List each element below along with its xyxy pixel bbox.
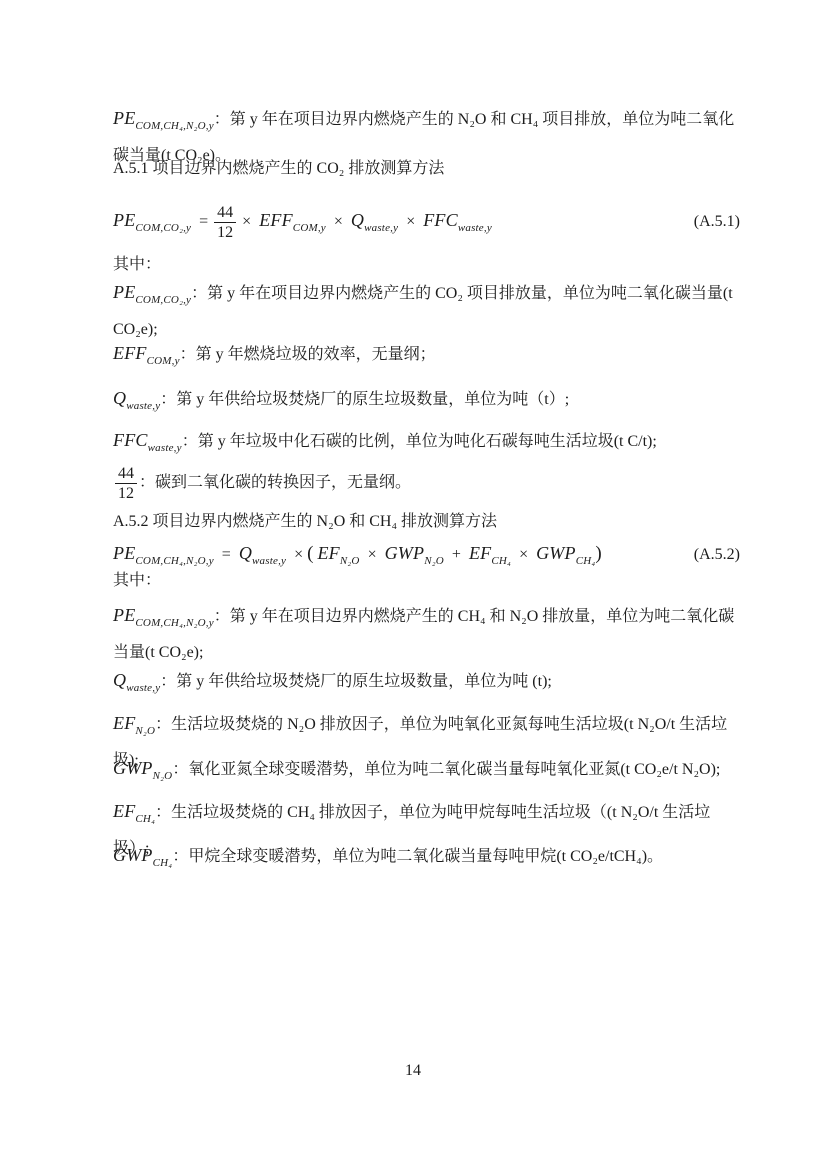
- section-heading-a52: A.5.2 项目边界内燃烧产生的 N₂O 和 CH₄ 排放测算方法: [113, 511, 740, 533]
- times-operator: ×: [294, 546, 303, 563]
- definition-q-waste-2: Qwaste,y：第 y 年供给垃圾焚烧厂的原生垃圾数量，单位为吨 (t);: [113, 665, 740, 703]
- math-subscript: CH₄: [153, 857, 173, 869]
- fraction-44-12: 4412: [214, 203, 236, 242]
- fraction-denominator: 12: [214, 222, 236, 242]
- math-subscript: COM,CH₄,N₂O,y: [135, 120, 213, 132]
- times-operator: ×: [519, 546, 528, 563]
- equation-number-a52: (A.5.2): [694, 546, 740, 564]
- formula-a51-body: PECOM,CO₂,y =4412× EFFCOM,y × Qwaste,y ×…: [113, 203, 492, 242]
- definition-ffc-waste: FFCwaste,y：第 y 年垃圾中化石碳的比例，单位为吨化石碳每吨生活垃圾(…: [113, 425, 740, 463]
- where-label-1: 其中：: [113, 250, 740, 280]
- times-operator: ×: [368, 546, 377, 563]
- definition-text: ：第 y 年垃圾中化石碳的比例，单位为吨化石碳每吨生活垃圾(t C/t);: [182, 433, 657, 450]
- formula-a52-body: PECOM,CH₄,N₂O,y = Qwaste,y ×( EFN₂O × GW…: [113, 543, 602, 567]
- math-variable-pe: PE: [113, 282, 135, 302]
- math-variable-q: Q: [113, 388, 126, 408]
- math-subscript: waste,y: [458, 222, 492, 234]
- times-operator: ×: [406, 213, 415, 230]
- math-variable-ffc: FFC: [423, 210, 458, 230]
- definition-text: ：碳到二氧化碳的转换因子，无量纲。: [139, 474, 411, 491]
- definition-text: ：甲烷全球变暖潜势，单位为吨二氧化碳当量每吨甲烷(t CO₂e/tCH₄)。: [172, 848, 663, 865]
- document-page: PECOM,CH₄,N₂O,y：第 y 年在项目边界内燃烧产生的 N₂O 和 C…: [0, 0, 826, 1169]
- math-variable-pe: PE: [113, 210, 135, 230]
- page-number: 14: [0, 1062, 826, 1080]
- definition-pe-com-ch4-n2o: PECOM,CH₄,N₂O,y：第 y 年在项目边界内燃烧产生的 CH₄ 和 N…: [113, 600, 740, 668]
- section-heading-a51: A.5.1 项目边界内燃烧产生的 CO₂ 排放测算方法: [113, 158, 740, 180]
- open-paren: (: [307, 543, 313, 564]
- definition-gwp-ch4: GWPCH₄：甲烷全球变暖潜势，单位为吨二氧化碳当量每吨甲烷(t CO₂e/tC…: [113, 840, 740, 878]
- math-subscript: COM,CO₂,y: [135, 294, 191, 306]
- times-operator: ×: [334, 213, 343, 230]
- math-subscript: COM,CO₂,y: [135, 222, 191, 234]
- math-variable-ef: EF: [113, 801, 135, 821]
- definition-eff-com: EFFCOM,y：第 y 年燃烧垃圾的效率，无量纲；: [113, 338, 740, 376]
- fraction-numerator: 44: [214, 203, 236, 222]
- where-label-2: 其中：: [113, 566, 740, 596]
- times-operator: ×: [242, 213, 251, 230]
- math-variable-gwp: GWP: [113, 845, 153, 865]
- definition-pe-com-co2: PECOM,CO₂,y：第 y 年在项目边界内燃烧产生的 CO₂ 项目排放量，单…: [113, 277, 740, 345]
- equals-operator: =: [199, 213, 208, 230]
- math-variable-ffc: FFC: [113, 430, 148, 450]
- math-subscript: CH₄: [135, 813, 155, 825]
- math-variable-pe: PE: [113, 108, 135, 128]
- fraction-numerator: 44: [115, 464, 137, 483]
- math-subscript: COM,y: [147, 355, 180, 367]
- definition-text: ：第 y 年在项目边界内燃烧产生的 CO₂ 项目排放量，单位为吨二氧化碳当量(t…: [113, 285, 733, 338]
- fraction-denominator: 12: [115, 483, 137, 503]
- math-subscript: N₂O: [135, 725, 155, 737]
- math-variable-eff: EFF: [259, 210, 293, 230]
- math-subscript: waste,y: [126, 400, 160, 412]
- equation-number-a51: (A.5.1): [694, 213, 740, 231]
- definition-44-12: 4412：碳到二氧化碳的转换因子，无量纲。: [113, 464, 740, 503]
- math-variable-pe: PE: [113, 605, 135, 625]
- math-subscript: waste,y: [364, 222, 398, 234]
- definition-gwp-n2o: GWPN₂O：氧化亚氮全球变暖潜势，单位为吨二氧化碳当量每吨氧化亚氮(t CO₂…: [113, 753, 740, 791]
- math-variable-gwp: GWP: [113, 758, 153, 778]
- math-subscript: waste,y: [148, 442, 182, 454]
- plus-operator: +: [452, 546, 461, 563]
- definition-text: ：第 y 年在项目边界内燃烧产生的 CH₄ 和 N₂O 排放量，单位为吨二氧化碳…: [113, 608, 734, 661]
- math-variable-q: Q: [351, 210, 364, 230]
- math-variable-pe: PE: [113, 543, 135, 563]
- definition-text: ：第 y 年供给垃圾焚烧厂的原生垃圾数量，单位为吨 (t);: [160, 673, 552, 690]
- math-variable-eff: EFF: [113, 343, 147, 363]
- close-paren: ): [595, 543, 601, 564]
- definition-text: ：第 y 年供给垃圾焚烧厂的原生垃圾数量，单位为吨（t）;: [160, 391, 569, 408]
- math-variable-ef: EF: [317, 543, 339, 563]
- math-subscript: waste,y: [126, 682, 160, 694]
- fraction-44-12: 4412: [115, 464, 137, 503]
- formula-a51: PECOM,CO₂,y =4412× EFFCOM,y × Qwaste,y ×…: [113, 196, 740, 248]
- math-variable-q: Q: [239, 543, 252, 563]
- math-subscript: COM,y: [293, 222, 326, 234]
- definition-text: ：氧化亚氮全球变暖潜势，单位为吨二氧化碳当量每吨氧化亚氮(t CO₂e/t N₂…: [172, 761, 720, 778]
- definition-q-waste-1: Qwaste,y：第 y 年供给垃圾焚烧厂的原生垃圾数量，单位为吨（t）;: [113, 383, 740, 421]
- math-variable-ef: EF: [113, 713, 135, 733]
- equals-operator: =: [222, 546, 231, 563]
- math-variable-q: Q: [113, 670, 126, 690]
- definition-text: ：第 y 年燃烧垃圾的效率，无量纲；: [180, 346, 436, 363]
- math-subscript: N₂O: [153, 770, 173, 782]
- math-variable-gwp: GWP: [385, 543, 425, 563]
- math-variable-gwp: GWP: [536, 543, 576, 563]
- math-subscript: COM,CH₄,N₂O,y: [135, 617, 213, 629]
- definition-text: ：第 y 年在项目边界内燃烧产生的 N₂O 和 CH₄ 项目排放，单位为吨二氧化…: [113, 111, 734, 164]
- math-variable-ef: EF: [469, 543, 491, 563]
